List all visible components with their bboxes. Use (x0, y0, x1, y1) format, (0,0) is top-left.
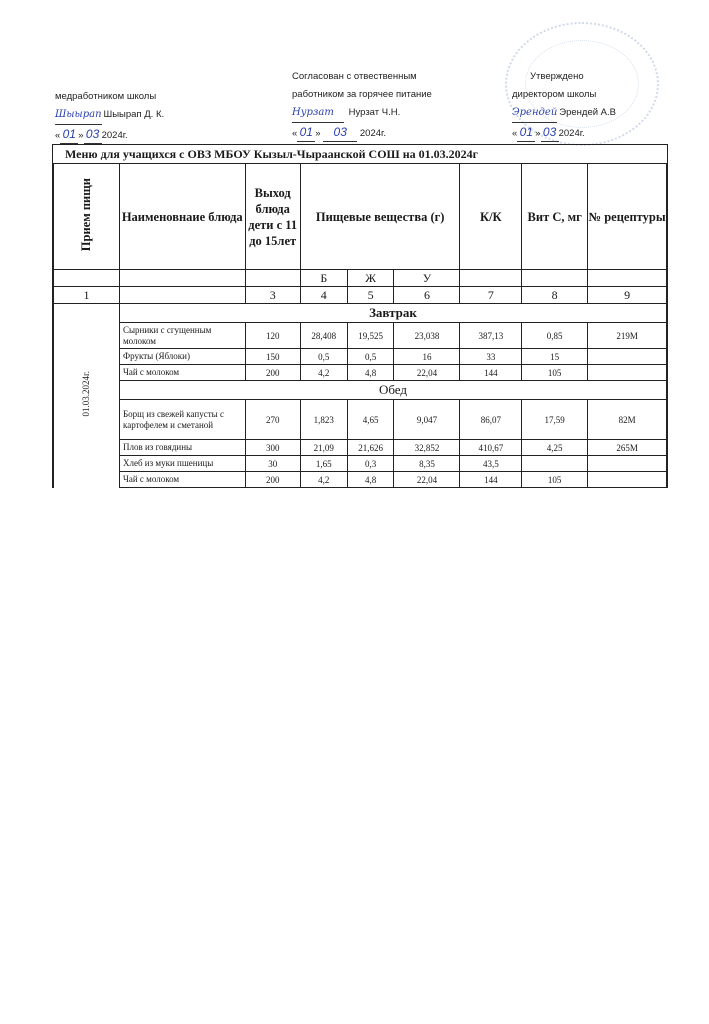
table-row: Чай с молоком2004,24,822,04144105 (54, 472, 667, 488)
food-responsible-year: 2024г. (360, 128, 386, 139)
cell-u: 8,35 (394, 456, 460, 472)
medic-month: 03 (84, 125, 102, 144)
cell-kcal: 410,67 (460, 440, 522, 456)
cell-output: 300 (245, 440, 300, 456)
medic-year: 2024г. (102, 130, 128, 141)
section-title: Завтрак (119, 304, 666, 323)
cell-zh: 21,626 (347, 440, 394, 456)
column-number: 7 (460, 287, 522, 304)
column-number: 3 (245, 287, 300, 304)
cell-u: 32,852 (394, 440, 460, 456)
cell-output: 150 (245, 349, 300, 365)
cell-recipe (588, 472, 667, 488)
cell-kcal: 144 (460, 472, 522, 488)
director-name: Эрендей А.В (559, 107, 616, 118)
director-month: 03 (541, 123, 559, 142)
medic-role: медработником школы (55, 88, 164, 106)
cell-dish: Плов из говядины (119, 440, 245, 456)
cell-b: 21,09 (300, 440, 347, 456)
cell-recipe: 265М (588, 440, 667, 456)
sub-fat: Ж (347, 270, 394, 287)
cell-kcal: 43,5 (460, 456, 522, 472)
cell-vitc: 17,59 (522, 400, 588, 440)
cell-vitc: 105 (522, 365, 588, 381)
cell-dish: Чай с молоком (119, 472, 245, 488)
cell-recipe (588, 456, 667, 472)
col-recipe: № рецептуры (588, 164, 667, 270)
section-row: 01.03.2024г.Завтрак (54, 304, 667, 323)
cell-b: 0,5 (300, 349, 347, 365)
cell-output: 200 (245, 472, 300, 488)
date-label: 01.03.2024г. (81, 371, 91, 416)
medic-signature: Шыырап (55, 106, 102, 125)
cell-vitc: 105 (522, 472, 588, 488)
food-responsible-month: 03 (323, 123, 357, 142)
approval-food-responsible: Согласован с отвественным работником за … (292, 68, 432, 143)
cell-zh: 19,525 (347, 323, 394, 349)
cell-zh: 4,65 (347, 400, 394, 440)
column-number: 4 (300, 287, 347, 304)
approval-medic: медработником школы ШыырапШыырап Д. К. «… (55, 88, 164, 145)
table-row: Хлеб из муки пшеницы301,650,38,3543,5 (54, 456, 667, 472)
cell-kcal: 144 (460, 365, 522, 381)
cell-output: 120 (245, 323, 300, 349)
section-title: Обед (119, 381, 666, 400)
cell-output: 270 (245, 400, 300, 440)
director-day: 01 (517, 123, 535, 142)
sub-carbs: У (394, 270, 460, 287)
approval-director: Утверждено директором школы ЭрендейЭренд… (512, 68, 616, 143)
column-number: 1 (54, 287, 120, 304)
cell-output: 30 (245, 456, 300, 472)
cell-dish: Чай с молоком (119, 365, 245, 381)
table-row: Сырники с сгущенным молоком12028,40819,5… (54, 323, 667, 349)
menu-title: Меню для учащихся с ОВЗ МБОУ Кызыл-Чыраа… (53, 145, 667, 163)
cell-vitc: 15 (522, 349, 588, 365)
cell-zh: 0,5 (347, 349, 394, 365)
date-cell: 01.03.2024г. (54, 304, 120, 488)
menu-document: Меню для учащихся с ОВЗ МБОУ Кызыл-Чыраа… (52, 144, 668, 488)
cell-output: 200 (245, 365, 300, 381)
cell-b: 1,823 (300, 400, 347, 440)
cell-b: 1,65 (300, 456, 347, 472)
cell-kcal: 387,13 (460, 323, 522, 349)
column-number: 8 (522, 287, 588, 304)
cell-vitc: 0,85 (522, 323, 588, 349)
cell-u: 22,04 (394, 472, 460, 488)
cell-dish: Фрукты (Яблоки) (119, 349, 245, 365)
food-responsible-line1: Согласован с отвественным (292, 68, 432, 86)
food-responsible-signature: Нурзат (292, 104, 344, 123)
cell-vitc: 4,25 (522, 440, 588, 456)
col-output: Выход блюда дети с 11 до 15лет (245, 164, 300, 270)
column-number: 9 (588, 287, 667, 304)
col-dish: Наименовнаие блюда (119, 164, 245, 270)
table-row: Чай с молоком2004,24,822,04144105 (54, 365, 667, 381)
cell-vitc (522, 456, 588, 472)
cell-dish: Хлеб из муки пшеницы (119, 456, 245, 472)
sub-protein: Б (300, 270, 347, 287)
cell-recipe: 82М (588, 400, 667, 440)
cell-b: 28,408 (300, 323, 347, 349)
cell-u: 22,04 (394, 365, 460, 381)
column-number-row: 13456789 (54, 287, 667, 304)
cell-zh: 4,8 (347, 472, 394, 488)
cell-zh: 4,8 (347, 365, 394, 381)
section-row: Обед (54, 381, 667, 400)
col-nutrients: Пищевые вещества (г) (300, 164, 460, 270)
cell-u: 16 (394, 349, 460, 365)
table-row: Фрукты (Яблоки)1500,50,5163315 (54, 349, 667, 365)
menu-table: Прием пищи Наименовнаие блюда Выход блюд… (53, 163, 667, 488)
food-responsible-day: 01 (297, 123, 315, 142)
cell-u: 23,038 (394, 323, 460, 349)
column-number (119, 287, 245, 304)
column-number: 5 (347, 287, 394, 304)
nutrient-subheader-row: Б Ж У (54, 270, 667, 287)
cell-recipe (588, 349, 667, 365)
table-row: Борщ из свежей капусты с картофелем и см… (54, 400, 667, 440)
food-responsible-line2: работником за горячее питание (292, 86, 432, 104)
cell-kcal: 86,07 (460, 400, 522, 440)
cell-u: 9,047 (394, 400, 460, 440)
cell-recipe: 219М (588, 323, 667, 349)
cell-b: 4,2 (300, 472, 347, 488)
medic-name: Шыырап Д. К. (104, 109, 165, 120)
cell-b: 4,2 (300, 365, 347, 381)
cell-dish: Сырники с сгущенным молоком (119, 323, 245, 349)
director-line1: Утверждено (512, 68, 616, 86)
column-number: 6 (394, 287, 460, 304)
col-vitc: Вит С, мг (522, 164, 588, 270)
director-line2: директором школы (512, 86, 616, 104)
director-signature: Эрендей (512, 104, 557, 123)
col-kcal: К/К (460, 164, 522, 270)
director-year: 2024г. (559, 128, 585, 139)
cell-kcal: 33 (460, 349, 522, 365)
header-row: Прием пищи Наименовнаие блюда Выход блюд… (54, 164, 667, 270)
col-meal: Прием пищи (54, 164, 120, 270)
cell-zh: 0,3 (347, 456, 394, 472)
cell-recipe (588, 365, 667, 381)
food-responsible-name: Нурзат Ч.Н. (349, 107, 401, 118)
table-row: Плов из говядины30021,0921,62632,852410,… (54, 440, 667, 456)
medic-day: 01 (60, 125, 78, 144)
cell-dish: Борщ из свежей капусты с картофелем и см… (119, 400, 245, 440)
